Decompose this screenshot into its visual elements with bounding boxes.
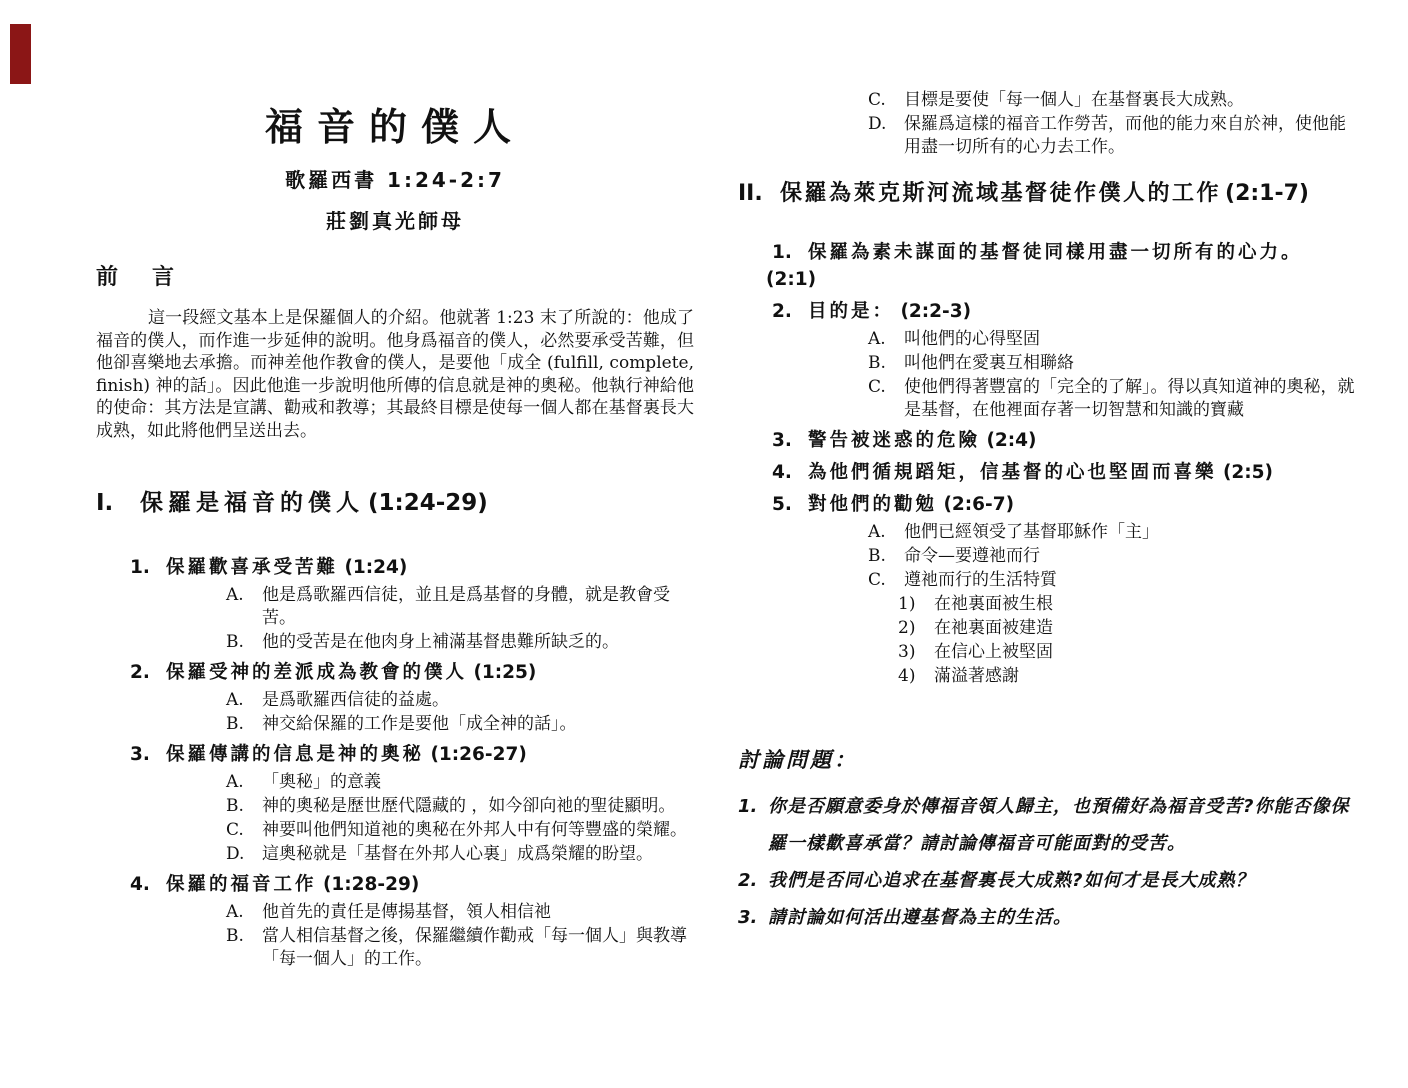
outline-item: 4.為他們循規蹈矩，信基督的心也堅固而喜樂 (2:5) <box>772 459 1356 486</box>
outline-children: A.是爲歌羅西信徒的益處。B.神交給保羅的工作是要他「成全神的話」。 <box>226 689 694 736</box>
outline-item-text: 神要叫他們知道祂的奧秘在外邦人中有何等豐盛的榮耀。 <box>262 819 694 842</box>
outline-item: C.神要叫他們知道祂的奧秘在外邦人中有何等豐盛的榮耀。 <box>226 819 694 842</box>
outline-item-label: B. <box>868 352 904 375</box>
section2-ref: (2:1-7) <box>1225 179 1309 209</box>
outline-item-heading: 保羅歡喜承受苦難 <box>166 557 338 578</box>
outline-item-text: 保羅為素未謀面的基督徒同樣用盡一切所有的心力。(2:1) <box>808 239 1356 293</box>
outline-item-text: 在祂裏面被生根 <box>934 593 1356 616</box>
outline-item-label: 3. <box>130 741 166 768</box>
discussion-heading: 討論問題： <box>738 744 1356 774</box>
outline-item-verse-ref: (1:25) <box>467 662 536 683</box>
outline-item: 1.保羅為素未謀面的基督徒同樣用盡一切所有的心力。(2:1) <box>772 239 1356 293</box>
outline-item-text: 叫他們的心得堅固 <box>904 328 1356 351</box>
section1-outline: 1.保羅歡喜承受苦難 (1:24)A.他是爲歌羅西信徒，並且是爲基督的身體，就是… <box>96 554 694 971</box>
outline-item-label: 4. <box>772 459 808 486</box>
section2-number: II. <box>738 179 780 209</box>
preface-paragraph: 這一段經文基本上是保羅個人的介紹。他就著 1:23 末了所說的：他成了福音的僕人… <box>96 307 694 442</box>
outline-item-label: 3. <box>772 427 808 454</box>
outline-item: B.叫他們在愛裏互相聯絡 <box>868 352 1356 375</box>
outline-item-text: 他是爲歌羅西信徒，並且是爲基督的身體，就是教會受苦。 <box>262 584 694 630</box>
outline-item: 2.目的是： (2:2-3) <box>772 298 1356 325</box>
outline-children: A.他們已經領受了基督耶穌作「主」B.命令—要遵祂而行C.遵祂而行的生活特質1)… <box>868 521 1356 688</box>
outline-item: 4.保羅的福音工作 (1:28-29) <box>130 871 694 898</box>
outline-item-text: 他的受苦是在他肉身上補滿基督患難所缺乏的。 <box>262 631 694 654</box>
outline-item-text: 在信心上被堅固 <box>934 641 1356 664</box>
outline-item-text: 命令—要遵祂而行 <box>904 545 1356 568</box>
title-block: 福音的僕人 歌羅西書 1:24-2:7 莊劉真光師母 <box>96 104 694 234</box>
outline-item: 1.保羅歡喜承受苦難 (1:24) <box>130 554 694 581</box>
outline-item-text: 目的是： (2:2-3) <box>808 298 1356 325</box>
outline-item-label: 5. <box>772 491 808 518</box>
outline-item-heading: 對他們的勸勉 <box>808 494 937 515</box>
outline-item-text: 當人相信基督之後，保羅繼續作勸戒「每一個人」與教導「每一個人」的工作。 <box>262 925 694 971</box>
outline-item: C.目標是要使「每一個人」在基督裏長大成熟。 <box>868 89 1356 112</box>
outline-item-text: 遵祂而行的生活特質 <box>904 569 1356 592</box>
outline-item-label: 1. <box>130 554 166 581</box>
outline-item: A.「奧秘」的意義 <box>226 771 694 794</box>
outline-item-label: B. <box>868 545 904 568</box>
outline-item-heading: 保羅受神的差派成為教會的僕人 <box>166 662 467 683</box>
right-column: C.目標是要使「每一個人」在基督裏長大成熟。D.保羅爲這樣的福音工作勞苦，而他的… <box>738 0 1356 972</box>
outline-children: 1)在祂裏面被生根2)在祂裏面被建造3)在信心上被堅固4)滿溢著感謝 <box>898 593 1356 688</box>
outline-item-verse-ref: (2:5) <box>1217 462 1274 483</box>
outline-children: A.他是爲歌羅西信徒，並且是爲基督的身體，就是教會受苦。B.他的受苦是在他肉身上… <box>226 584 694 654</box>
outline-item-text: 叫他們在愛裏互相聯絡 <box>904 352 1356 375</box>
outline-item-text: 神的奧秘是歷世歷代隱藏的 ，如今卻向祂的聖徒顯明。 <box>262 795 694 818</box>
outline-item-verse-ref: (1:26-27) <box>424 744 527 765</box>
section1-title: 保羅是福音的僕人 <box>140 488 364 518</box>
discussion-question-text: 我們是否同心追求在基督裏長大成熟?如何才是長大成熟？ <box>768 862 1356 899</box>
outline-item-label: C. <box>868 569 904 592</box>
outline-item-text: 保羅的福音工作 (1:28-29) <box>166 871 694 898</box>
outline-item: D.保羅爲這樣的福音工作勞苦，而他的能力來自於神，使他能用盡一切所有的心力去工作… <box>868 113 1356 159</box>
outline-item-heading: 保羅為素未謀面的基督徒同樣用盡一切所有的心力。 <box>808 242 1303 263</box>
outline-item: D.這奧秘就是「基督在外邦人心裏」成爲榮耀的盼望。 <box>226 843 694 866</box>
outline-item-text: 對他們的勸勉 (2:6-7) <box>808 491 1356 518</box>
outline-item-verse-ref: (1:28-29) <box>317 874 420 895</box>
discussion-question-number: 3. <box>738 899 768 936</box>
outline-item-label: B. <box>226 713 262 736</box>
outline-children: A.叫他們的心得堅固B.叫他們在愛裏互相聯絡C.使他們得著豐富的「完全的了解」。… <box>868 328 1356 422</box>
outline-children: A.他首先的責任是傳揚基督，領人相信祂B.當人相信基督之後，保羅繼續作勸戒「每一… <box>226 901 694 971</box>
outline-item-label: 2) <box>898 617 934 640</box>
outline-item-text: 保羅受神的差派成為教會的僕人 (1:25) <box>166 659 694 686</box>
outline-item: C.使他們得著豐富的「完全的了解」。得以真知道神的奧秘，就是基督，在他裡面存著一… <box>868 376 1356 422</box>
corner-marker <box>10 24 31 84</box>
columns: 福音的僕人 歌羅西書 1:24-2:7 莊劉真光師母 前 言 這一段經文基本上是… <box>0 0 1408 972</box>
discussion-question: 3.請討論如何活出遵基督為主的生活。 <box>738 899 1356 936</box>
discussion-question: 2.我們是否同心追求在基督裏長大成熟?如何才是長大成熟？ <box>738 862 1356 899</box>
outline-item-heading: 警告被迷惑的危險 <box>808 430 980 451</box>
outline-item: 4)滿溢著感謝 <box>898 665 1356 688</box>
outline-item: B.他的受苦是在他肉身上補滿基督患難所缺乏的。 <box>226 631 694 654</box>
outline-item-verse-ref: (1:24) <box>338 557 407 578</box>
outline-item: 3.警告被迷惑的危險 (2:4) <box>772 427 1356 454</box>
outline-item-label: A. <box>226 689 262 712</box>
outline-item: A.他首先的責任是傳揚基督，領人相信祂 <box>226 901 694 924</box>
outline-item: C.遵祂而行的生活特質 <box>868 569 1356 592</box>
discussion-questions: 1.你是否願意委身於傳福音領人歸主，也預備好為福音受苦?你能否像保羅一樣歡喜承當… <box>738 788 1356 936</box>
outline-item-label: 2. <box>130 659 166 686</box>
section1-carryover-outline: C.目標是要使「每一個人」在基督裏長大成熟。D.保羅爲這樣的福音工作勞苦，而他的… <box>738 89 1356 159</box>
outline-item-label: C. <box>868 89 904 112</box>
section1-heading: I.保羅是福音的僕人(1:24-29) <box>96 488 694 518</box>
outline-item-label: D. <box>226 843 262 866</box>
left-column: 福音的僕人 歌羅西書 1:24-2:7 莊劉真光師母 前 言 這一段經文基本上是… <box>96 0 694 972</box>
outline-item: A.他們已經領受了基督耶穌作「主」 <box>868 521 1356 544</box>
outline-item-label: A. <box>868 521 904 544</box>
section2-title: 保羅為萊克斯河流域基督徒作僕人的工作 <box>780 179 1221 209</box>
discussion-question-text: 請討論如何活出遵基督為主的生活。 <box>768 899 1356 936</box>
outline-item-verse-ref: (2:1) <box>766 266 1356 293</box>
document-page: 福音的僕人 歌羅西書 1:24-2:7 莊劉真光師母 前 言 這一段經文基本上是… <box>0 0 1408 1088</box>
outline-item-heading: 保羅的福音工作 <box>166 874 317 895</box>
outline-item-text: 「奧秘」的意義 <box>262 771 694 794</box>
outline-item: A.叫他們的心得堅固 <box>868 328 1356 351</box>
section1-number: I. <box>96 488 140 518</box>
outline-item: B.命令—要遵祂而行 <box>868 545 1356 568</box>
outline-item-heading: 目的是： <box>808 301 894 322</box>
outline-item: 3.保羅傳講的信息是神的奧秘 (1:26-27) <box>130 741 694 768</box>
outline-item-label: B. <box>226 631 262 654</box>
outline-item-label: 4. <box>130 871 166 898</box>
outline-item: A.他是爲歌羅西信徒，並且是爲基督的身體，就是教會受苦。 <box>226 584 694 630</box>
outline-item-text: 在祂裏面被建造 <box>934 617 1356 640</box>
outline-item: 1)在祂裏面被生根 <box>898 593 1356 616</box>
outline-item-label: B. <box>226 795 262 818</box>
outline-item: 5.對他們的勸勉 (2:6-7) <box>772 491 1356 518</box>
outline-item-verse-ref: (2:6-7) <box>937 494 1014 515</box>
outline-item: 2.保羅受神的差派成為教會的僕人 (1:25) <box>130 659 694 686</box>
outline-item-text: 為他們循規蹈矩，信基督的心也堅固而喜樂 (2:5) <box>808 459 1356 486</box>
outline-item-label: C. <box>868 376 904 422</box>
outline-item-label: 2. <box>772 298 808 325</box>
preface-heading: 前 言 <box>96 260 694 291</box>
outline-item-text: 警告被迷惑的危險 (2:4) <box>808 427 1356 454</box>
outline-item-label: C. <box>226 819 262 842</box>
outline-item-text: 保羅傳講的信息是神的奧秘 (1:26-27) <box>166 741 694 768</box>
outline-item-text: 神交給保羅的工作是要他「成全神的話」。 <box>262 713 694 736</box>
outline-item-label: A. <box>226 584 262 630</box>
author-name: 莊劉真光師母 <box>96 205 694 234</box>
outline-item-label: 3) <box>898 641 934 664</box>
discussion-question-number: 2. <box>738 862 768 899</box>
section2-heading: II.保羅為萊克斯河流域基督徒作僕人的工作(2:1-7) <box>738 179 1356 209</box>
discussion-question-text: 你是否願意委身於傳福音領人歸主，也預備好為福音受苦?你能否像保羅一樣歡喜承當？請… <box>768 788 1356 862</box>
outline-item-heading: 為他們循規蹈矩，信基督的心也堅固而喜樂 <box>808 462 1217 483</box>
outline-item-text: 這奧秘就是「基督在外邦人心裏」成爲榮耀的盼望。 <box>262 843 694 866</box>
outline-item-label: 1) <box>898 593 934 616</box>
outline-item-label: D. <box>868 113 904 159</box>
outline-item-text: 使他們得著豐富的「完全的了解」。得以真知道神的奧秘，就是基督，在他裡面存著一切智… <box>904 376 1356 422</box>
outline-item: B.神交給保羅的工作是要他「成全神的話」。 <box>226 713 694 736</box>
outline-item: 3)在信心上被堅固 <box>898 641 1356 664</box>
outline-item-text: 是爲歌羅西信徒的益處。 <box>262 689 694 712</box>
outline-item-label: A. <box>226 771 262 794</box>
outline-item-text: 他首先的責任是傳揚基督，領人相信祂 <box>262 901 694 924</box>
outline-item-text: 滿溢著感謝 <box>934 665 1356 688</box>
outline-item-label: A. <box>226 901 262 924</box>
discussion-question: 1.你是否願意委身於傳福音領人歸主，也預備好為福音受苦?你能否像保羅一樣歡喜承當… <box>738 788 1356 862</box>
outline-item: B.神的奧秘是歷世歷代隱藏的 ，如今卻向祂的聖徒顯明。 <box>226 795 694 818</box>
scripture-reference: 歌羅西書 1:24-2:7 <box>96 164 694 193</box>
outline-item: A.是爲歌羅西信徒的益處。 <box>226 689 694 712</box>
outline-item-heading: 保羅傳講的信息是神的奧秘 <box>166 744 424 765</box>
outline-item-label: B. <box>226 925 262 971</box>
outline-item-label: 4) <box>898 665 934 688</box>
outline-item: 2)在祂裏面被建造 <box>898 617 1356 640</box>
outline-item: B.當人相信基督之後，保羅繼續作勸戒「每一個人」與教導「每一個人」的工作。 <box>226 925 694 971</box>
outline-item-label: A. <box>868 328 904 351</box>
section1-ref: (1:24-29) <box>368 488 488 518</box>
outline-item-text: 保羅歡喜承受苦難 (1:24) <box>166 554 694 581</box>
doc-title: 福音的僕人 <box>96 104 694 150</box>
outline-item-verse-ref: (2:2-3) <box>894 301 971 322</box>
outline-item-text: 目標是要使「每一個人」在基督裏長大成熟。 <box>904 89 1356 112</box>
outline-children: A.「奧秘」的意義B.神的奧秘是歷世歷代隱藏的 ，如今卻向祂的聖徒顯明。C.神要… <box>226 771 694 866</box>
section2-outline: 1.保羅為素未謀面的基督徒同樣用盡一切所有的心力。(2:1)2.目的是： (2:… <box>738 239 1356 688</box>
outline-item-text: 保羅爲這樣的福音工作勞苦，而他的能力來自於神，使他能用盡一切所有的心力去工作。 <box>904 113 1356 159</box>
outline-item-verse-ref: (2:4) <box>980 430 1037 451</box>
discussion-question-number: 1. <box>738 788 768 862</box>
outline-item-text: 他們已經領受了基督耶穌作「主」 <box>904 521 1356 544</box>
